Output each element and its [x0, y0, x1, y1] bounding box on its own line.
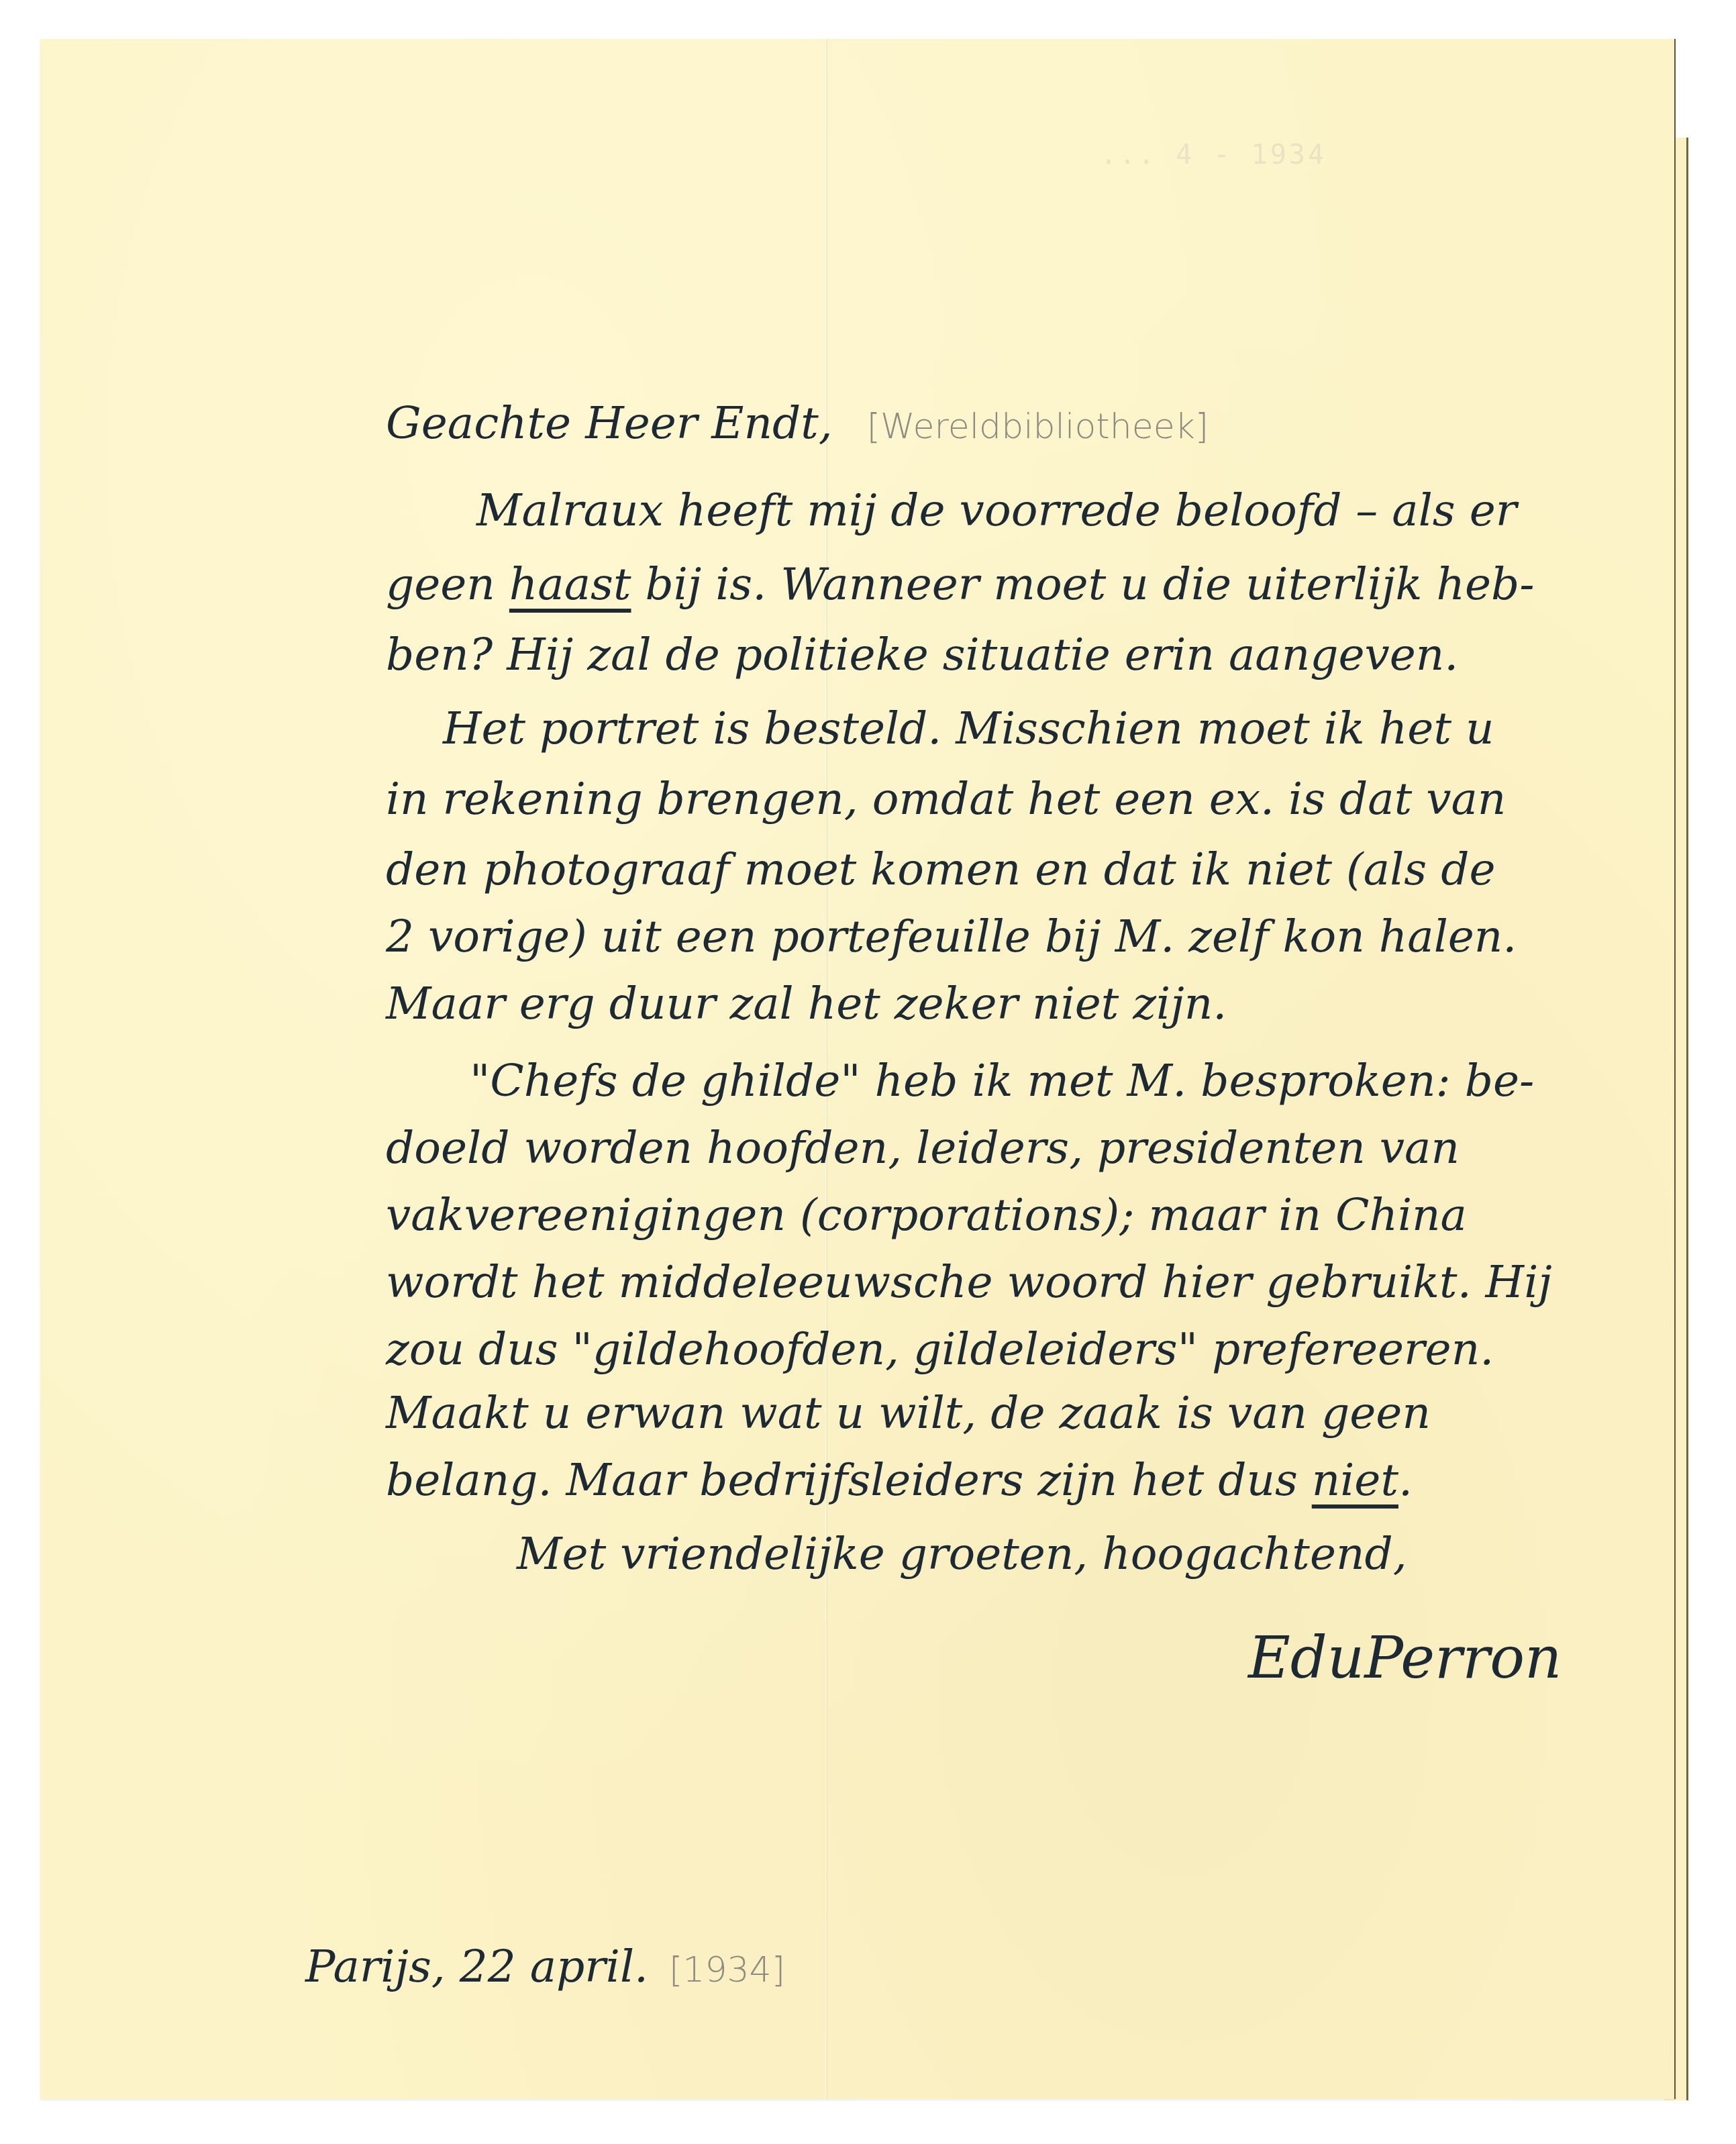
archival-note-publisher: [Wereldbibliotheek] — [867, 407, 1209, 447]
letter-line: zou dus "gildehoofden, gildeleiders" pre… — [386, 1327, 1494, 1372]
letter-line: "Chefs de ghilde" heb ik met M. besproke… — [470, 1059, 1534, 1103]
closing: Met vriendelijke groeten, hoogachtend, — [517, 1532, 1407, 1576]
underlined-word: haast — [509, 558, 631, 610]
letter-line: doeld worden hoofden, leiders, president… — [386, 1126, 1460, 1170]
letter-line: ben? Hij zal de politieke situatie erin … — [386, 633, 1458, 677]
letter-line: Het portret is besteld. Misschien moet i… — [443, 707, 1494, 751]
letter-line: wordt het middeleeuwsche woord hier gebr… — [386, 1260, 1552, 1305]
letter-line: belang. Maar bedrijfsleiders zijn het du… — [386, 1458, 1413, 1502]
salutation: Geachte Heer Endt, — [386, 397, 833, 449]
letter-line: 2 vorige) uit een portefeuille bij M. ze… — [386, 915, 1517, 959]
letter-line: Maar erg duur zal het zeker niet zijn. — [386, 982, 1227, 1026]
letter-line: Malraux heeft mij de voorrede beloofd – … — [476, 489, 1517, 533]
underlined-word: niet — [1312, 1454, 1398, 1506]
salutation-line: Geachte Heer Endt, [Wereldbibliotheek] — [386, 401, 1209, 446]
place-date: Parijs, 22 april. — [305, 1941, 648, 1992]
place-date-line: Parijs, 22 april. [1934] — [305, 1945, 785, 1989]
letter-line: vakvereenigingen (corporations); maar in… — [386, 1193, 1467, 1237]
letter-line: geen haast bij is. Wanneer moet u die ui… — [386, 562, 1535, 607]
signature: EduPerron — [1248, 1629, 1562, 1687]
letter-line: in rekening brengen, omdat het een ex. i… — [386, 777, 1506, 821]
archival-date-note: [1934] — [669, 1950, 785, 1990]
letter-page: ... 4 - 1934 Geachte Heer Endt, [Wereldb… — [40, 39, 1676, 2099]
letter-line: den photograaf moet komen en dat ik niet… — [386, 848, 1495, 892]
showthrough-typed-text: ... 4 - 1934 — [1101, 140, 1327, 170]
letter-line: Maakt u erwan wat u wilt, de zaak is van… — [386, 1391, 1431, 1435]
